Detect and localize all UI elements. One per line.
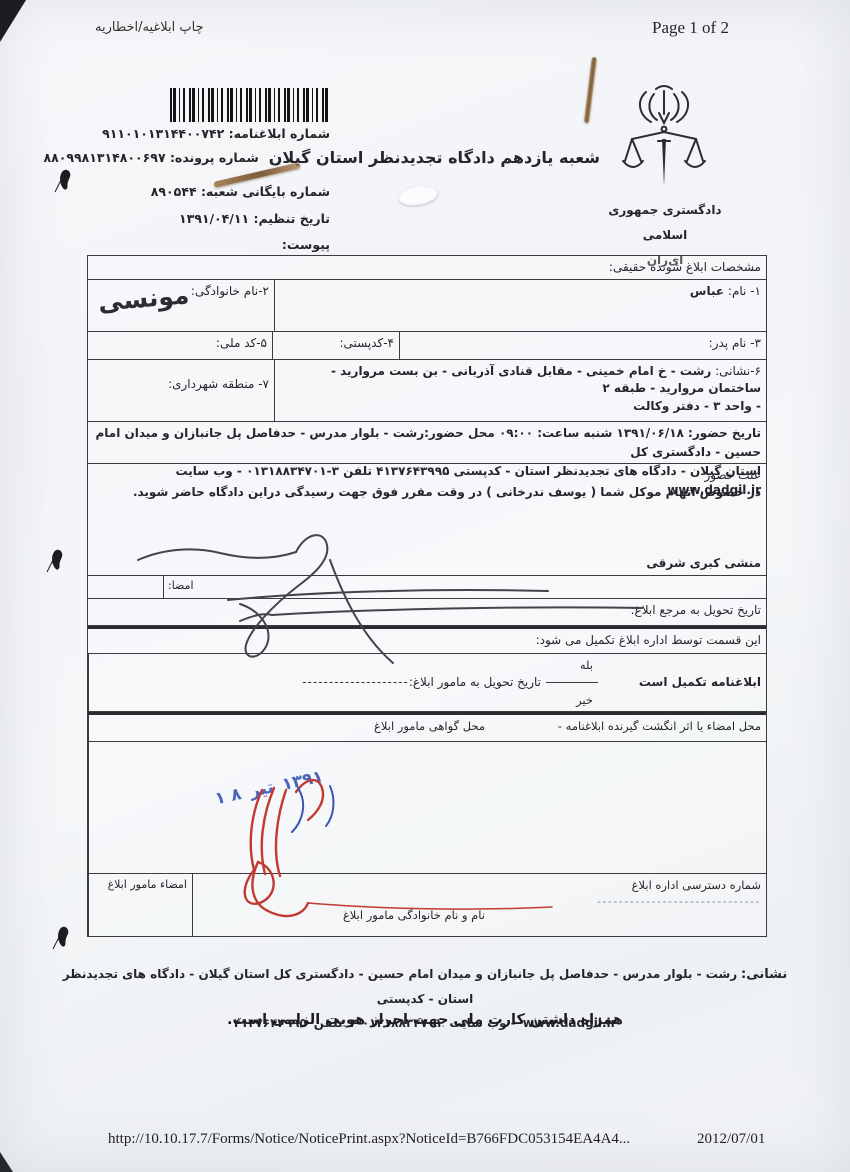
registration-date-line: تاریخ تنظیم: ۱۳۹۱/۰۴/۱۱ (179, 211, 330, 226)
national-id-requirement-notice: همراه داشتن کارت ملی جهت احراز هویت الزا… (60, 1012, 790, 1028)
officer-details-row: شماره دسترسی اداره ابلاغ ---------------… (88, 874, 766, 936)
officer-fullname-field: نام و نام خانوادگی مامور ابلاغ (192, 874, 490, 936)
postal-code-field: ۴-کدپستی: (272, 332, 399, 359)
yes-no-column: بله خیر (546, 654, 598, 711)
attendance-box: تاریخ حضور: ۱۳۹۱/۰۶/۱۸ شنبه ساعت: ۰۹:۰۰ … (88, 422, 766, 464)
footer-address-label: نشانی: (741, 967, 787, 982)
office-access-number-label: شماره دسترسی اداره ابلاغ (495, 877, 761, 894)
no-checkbox-label: خیر (546, 683, 598, 711)
footer-address-line1: نشانی: رشت - بلوار مدرس - حدفاصل پل جانب… (60, 962, 790, 1011)
footer-address-text: رشت - بلوار مدرس - حدفاصل پل جانبازان و … (63, 967, 737, 1006)
paper-tear-mark (397, 183, 439, 208)
registration-date-value: ۱۳۹۱/۰۴/۱۱ (179, 211, 249, 226)
attendance-line1: تاریخ حضور: ۱۳۹۱/۰۶/۱۸ شنبه ساعت: ۰۹:۰۰ … (93, 424, 761, 462)
reason-text: در خصوص اتهام موکل شما ( یوسف ندرخانی ) … (93, 484, 761, 501)
first-name-field: ۱- نام: عباس (274, 280, 766, 331)
address-line2: - واحد ۳ - دفتر وکالت (280, 398, 761, 415)
delivery-to-officer-blank: -------------------- (302, 674, 409, 691)
print-footer-date: 2012/07/01 (697, 1131, 765, 1148)
emblem-caption-line1: دادگستری جمهوری اسلامی (585, 198, 745, 248)
notice-number-value: ۹۱۱۰۱۰۱۳۱۴۴۰۰۷۴۲ (102, 126, 224, 141)
office-section-title: این قسمت توسط اداره ابلاغ تکمیل می شود: (88, 629, 766, 653)
scan-corner-shadow (0, 0, 26, 42)
first-name-value: عباس (690, 284, 724, 298)
family-name-label: ۲-نام خانوادگی: (191, 284, 269, 298)
address-field: ۶-نشانی: رشت - خ امام خمینی - مقابل قناد… (274, 360, 766, 421)
delivery-to-officer-field: تاریخ تحویل به مامور ابلاغ: ------------… (88, 654, 546, 711)
notice-completed-label: ابلاغنامه تکمیل است (598, 654, 766, 711)
archive-number-value: ۸۹۰۵۴۴ (151, 184, 197, 199)
attachment-label: پیوست: (282, 237, 330, 252)
municipal-district-field: ۷- منطقه شهرداری: (88, 360, 274, 421)
case-number-label: شماره پرونده: (170, 150, 259, 165)
margin-ink-mark (47, 170, 70, 949)
recipient-section-title: مشخصات ابلاغ شونده حقیقی: (88, 256, 766, 279)
scan-corner-shadow-bottom (0, 1152, 13, 1172)
registration-date-label: تاریخ تنظیم: (253, 211, 330, 226)
print-footer-url: http://10.10.17.7/Forms/Notice/NoticePri… (108, 1131, 630, 1148)
address-row: ۶-نشانی: رشت - خ امام خمینی - مقابل قناد… (88, 360, 766, 422)
delivery-to-officer-label: تاریخ تحویل به مامور ابلاغ: (409, 674, 541, 691)
notice-form: مشخصات ابلاغ شونده حقیقی: ۱- نام: عباس ۲… (87, 255, 767, 937)
staple-icon (584, 57, 597, 123)
emblem-sword (662, 139, 666, 186)
recipient-section-header-row: مشخصات ابلاغ شونده حقیقی: (88, 256, 766, 280)
office-access-number-field: شماره دسترسی اداره ابلاغ ---------------… (490, 874, 766, 936)
barcode (170, 88, 330, 122)
branch-case-line: شعبه یازدهم دادگاه تجدیدنظر استان گیلان … (44, 148, 601, 167)
father-postal-id-row: ۳- نام پدر: ۴-کدپستی: ۵-کد ملی: (88, 332, 766, 360)
officer-signature-field: امضاء مامور ابلاغ (88, 874, 192, 936)
judiciary-scales-emblem-icon (622, 82, 706, 194)
signature-label: امضا: (168, 578, 194, 594)
signature-cell-divider (163, 576, 164, 598)
receiver-signature-place-label: محل امضاء یا اثر انگشت گیرنده ابلاغنامه … (490, 715, 766, 741)
signature-strip-row: امضا: (88, 576, 766, 599)
yes-checkbox-label: بله (546, 654, 598, 683)
father-name-field: ۳- نام پدر: (399, 332, 766, 359)
notice-number-label: شماره ابلاغنامه: (229, 126, 330, 141)
national-id-field: ۵-کد ملی: (88, 332, 272, 359)
receiver-signature-area (490, 742, 766, 873)
reason-title: علت حضور (93, 467, 761, 484)
office-section-header-row: این قسمت توسط اداره ابلاغ تکمیل می شود: (88, 626, 766, 654)
court-branch-name: شعبه یازدهم دادگاه تجدیدنظر استان گیلان (269, 148, 600, 167)
reason-box: علت حضور در خصوص اتهام موکل شما ( یوسف ن… (88, 464, 766, 576)
office-access-number-blank: ------------------------------ (495, 894, 761, 910)
address-line1: رشت - خ امام خمینی - مقابل قنادی آذربانی… (331, 364, 761, 395)
signature-places-area (88, 742, 766, 874)
address-label: ۶-نشانی: (715, 364, 761, 378)
clerk-name: منشی کبری شرقی (93, 555, 761, 572)
notice-number-line: شماره ابلاغنامه: ۹۱۱۰۱۰۱۳۱۴۴۰۰۷۴۲ (102, 126, 330, 141)
first-name-label: ۱- نام: (728, 284, 761, 298)
completion-row: ابلاغنامه تکمیل است بله خیر تاریخ تحویل … (88, 654, 766, 712)
delivery-to-authority-row: تاریخ تحویل به مرجع ابلاغ: (88, 599, 766, 626)
archive-number-label: شماره بایگانی شعبه: (201, 184, 330, 199)
officer-certification-area (88, 742, 490, 873)
case-number-value: ۸۸۰۹۹۸۱۳۱۴۸۰۰۶۹۷ (44, 150, 166, 165)
signature-places-header-row: محل امضاء یا اثر انگشت گیرنده ابلاغنامه … (88, 712, 766, 742)
case-number: شماره پرونده: ۸۸۰۹۹۸۱۳۱۴۸۰۰۶۹۷ (44, 150, 259, 165)
page-number-indicator: Page 1 of 2 (652, 18, 729, 38)
archive-number-line: شماره بایگانی شعبه: ۸۹۰۵۴۴ (151, 184, 330, 199)
officer-certification-place-label: محل گواهی مامور ابلاغ (88, 715, 490, 741)
scanned-court-notice-page: چاپ ابلاغیه/اخطاریه Page 1 of 2 شماره اب… (0, 0, 850, 1172)
print-header-title: چاپ ابلاغیه/اخطاریه (95, 20, 204, 35)
delivery-to-authority-label: تاریخ تحویل به مرجع ابلاغ: (88, 599, 766, 625)
